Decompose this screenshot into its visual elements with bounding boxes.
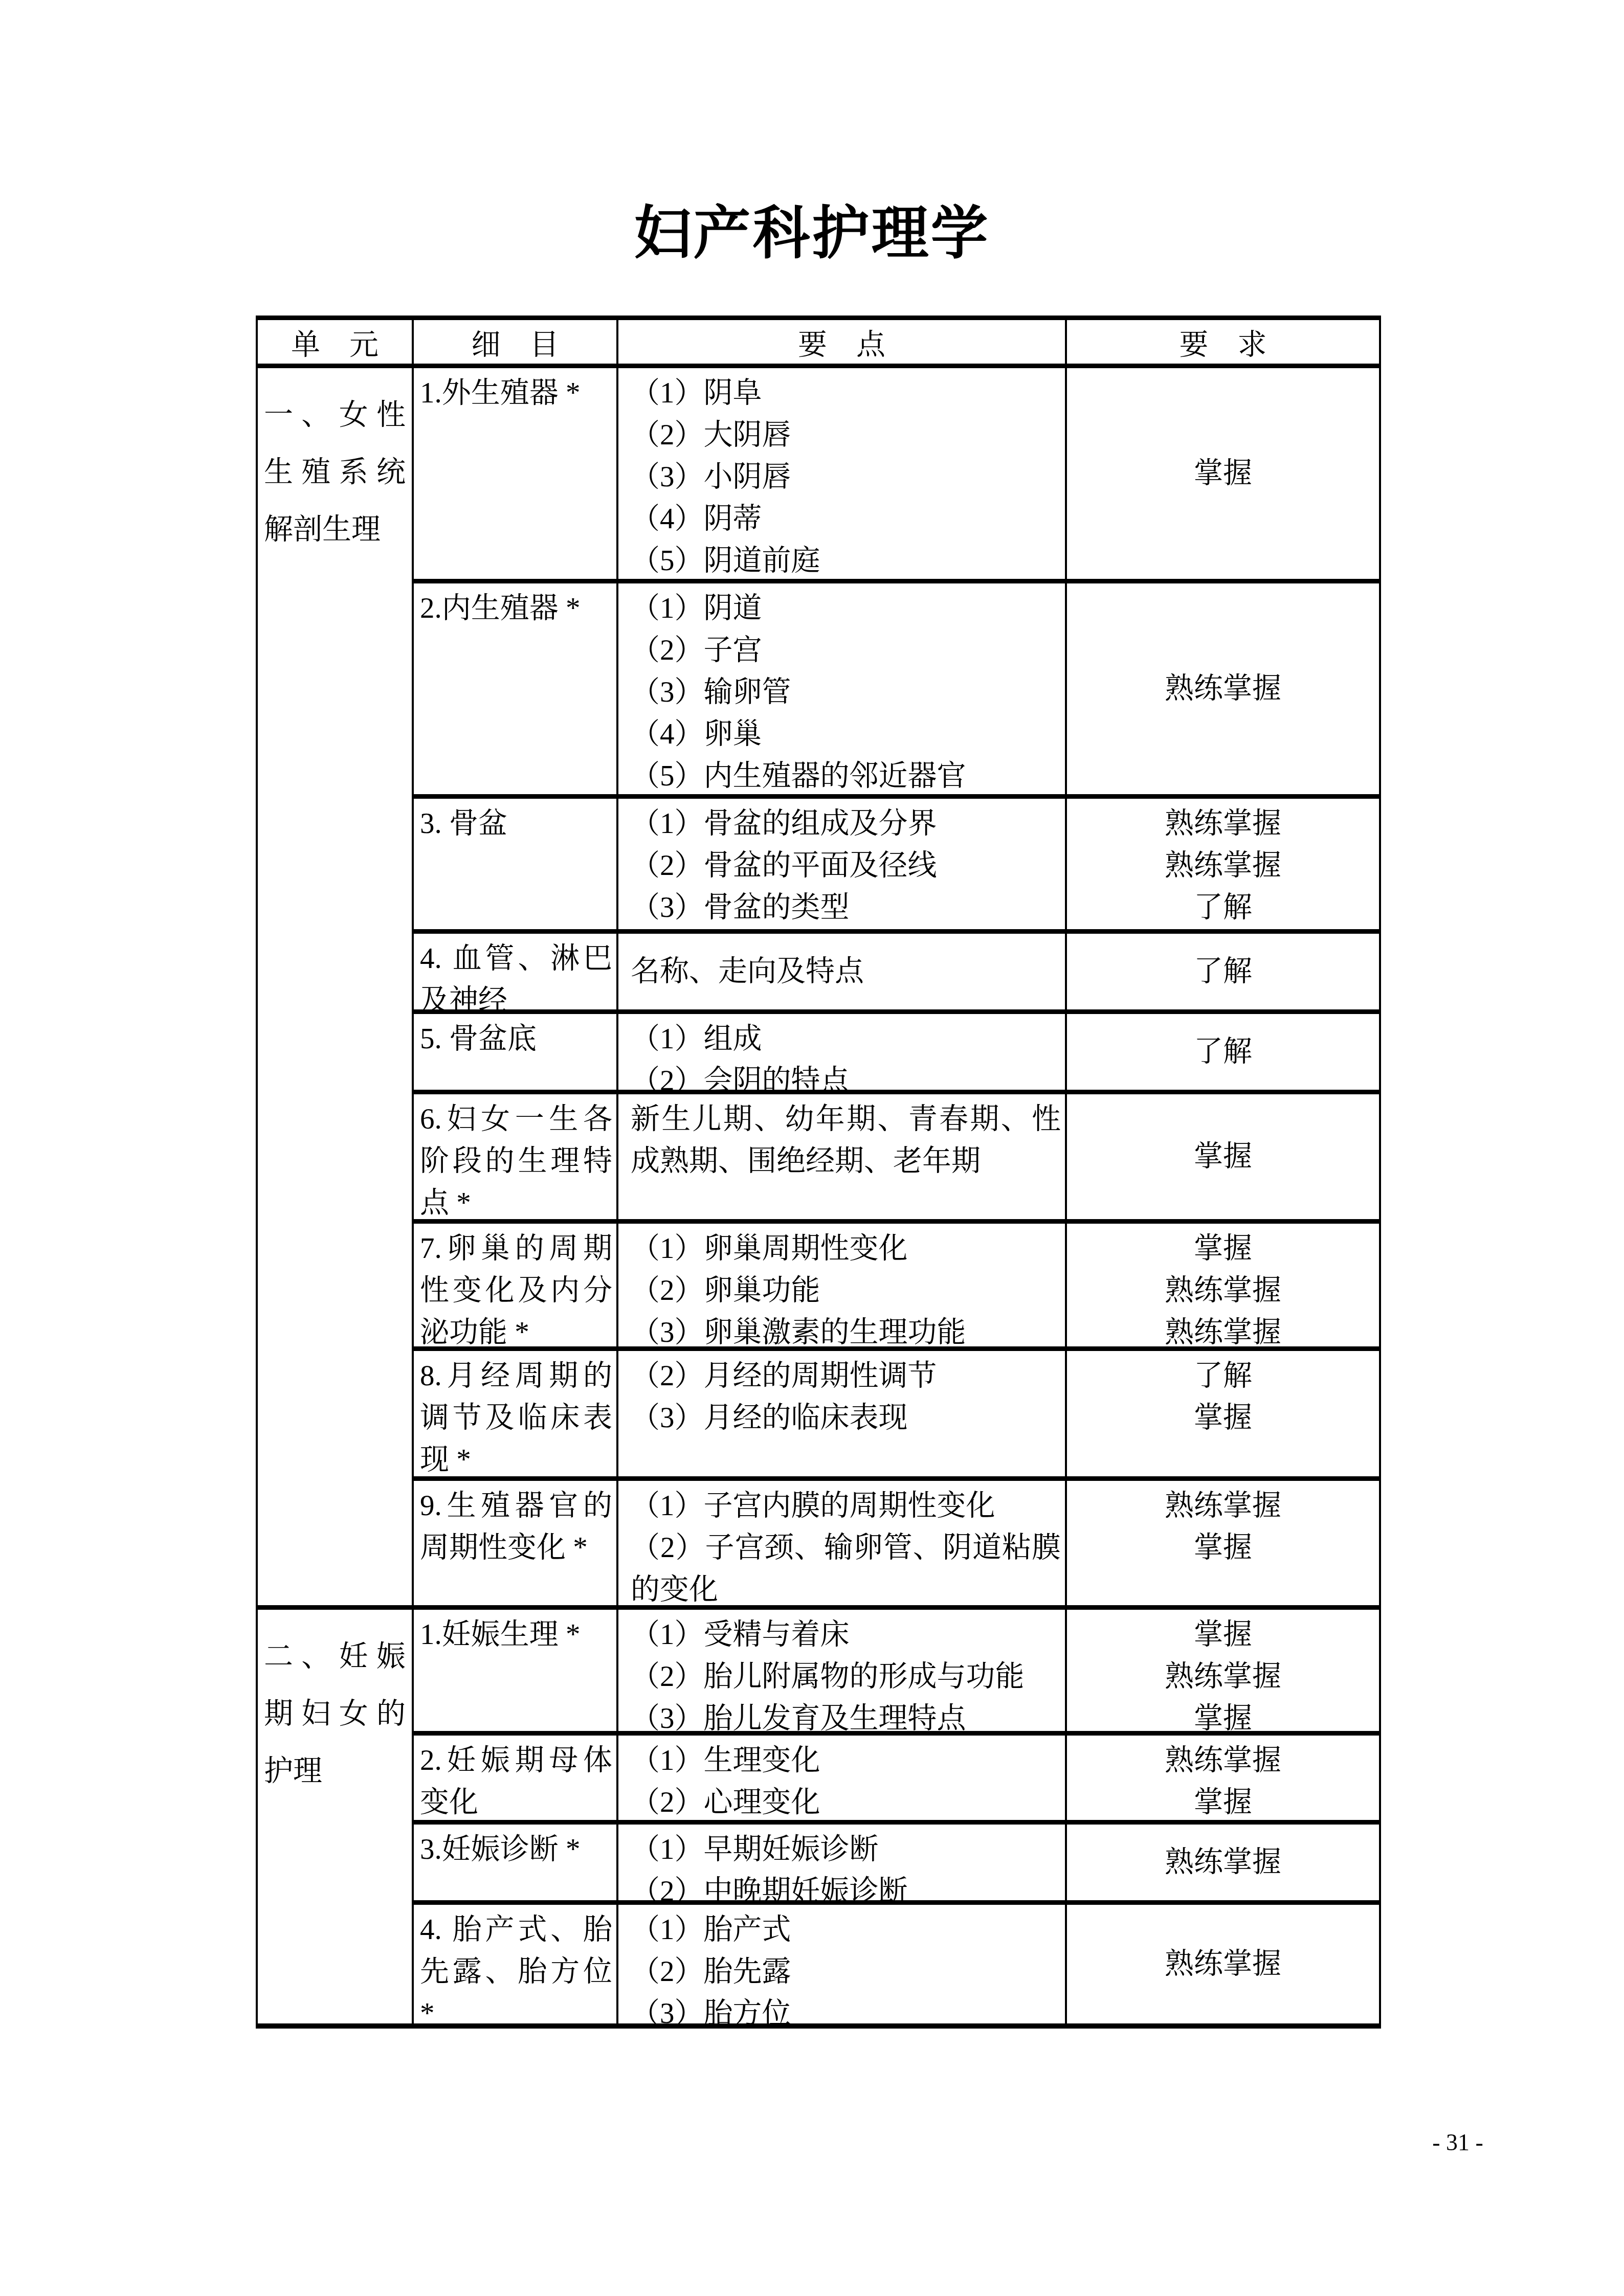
requirement-value: 掌握 (1194, 453, 1252, 494)
point-item: （1）早期妊娠诊断 (631, 1829, 1061, 1871)
detail-cell: 8.月经周期的调节及临床表现 * (414, 1351, 618, 1476)
table-row: 2.内生殖器 * （1）阴道 （2）子宫 （3）输卵管 （4）卵巢 （5）内生殖… (414, 579, 1379, 794)
requirement-value: 掌握 (1067, 1228, 1379, 1270)
requirement-cell: 熟练掌握 熟练掌握 了解 (1067, 799, 1379, 929)
column-header-requirement: 要 求 (1067, 320, 1379, 364)
point-item: （3）骨盆的类型 (631, 887, 1061, 929)
requirement-value: 了解 (1067, 887, 1379, 929)
detail-cell: 3. 骨盆 (414, 799, 618, 929)
table-row: 4. 胎产式、胎先露、胎方位 * （1）胎产式 （2）胎先露 （3）胎方位 熟练… (414, 1900, 1379, 2023)
unit-cell: 一、女性生殖系统解剖生理 (258, 368, 414, 1605)
requirement-value: 熟练掌握 (1165, 668, 1281, 710)
points-cell: （1）生理变化 （2）心理变化 (618, 1736, 1067, 1820)
point-item: （2）会阴的特点 (631, 1060, 1061, 1090)
requirement-cell: 熟练掌握 掌握 (1067, 1736, 1379, 1820)
requirement-cell: 熟练掌握 掌握 (1067, 1481, 1379, 1605)
requirement-value: 熟练掌握 (1067, 845, 1379, 887)
requirement-value: 熟练掌握 (1067, 1656, 1379, 1698)
requirement-cell: 了解 (1067, 934, 1379, 1009)
requirement-value: 了解 (1067, 1355, 1379, 1397)
point-item: 新生儿期、幼年期、青春期、性成熟期、围绝经期、老年期 (631, 1098, 1061, 1182)
point-item: （2）大阴唇 (631, 414, 1061, 456)
section-rows: 1.妊娠生理 * （1）受精与着床 （2）胎儿附属物的形成与功能 （3）胎儿发育… (414, 1610, 1379, 2023)
points-cell: （1）胎产式 （2）胎先露 （3）胎方位 (618, 1905, 1067, 2023)
table-row: 3.妊娠诊断 * （1）早期妊娠诊断 （2）中晚期妊娠诊断 熟练掌握 (414, 1820, 1379, 1900)
point-item: 名称、走向及特点 (631, 951, 864, 993)
points-cell: （1）阴道 （2）子宫 （3）输卵管 （4）卵巢 （5）内生殖器的邻近器官 (618, 583, 1067, 794)
requirement-value: 熟练掌握 (1067, 1740, 1379, 1782)
requirement-value: 掌握 (1067, 1614, 1379, 1656)
table-section: 二、妊娠期妇女的护理 1.妊娠生理 * （1）受精与着床 （2）胎儿附属物的形成… (258, 1605, 1379, 2023)
points-cell: 名称、走向及特点 (618, 934, 1067, 1009)
page-title: 妇产科护理学 (0, 200, 1624, 267)
table-row: 1.妊娠生理 * （1）受精与着床 （2）胎儿附属物的形成与功能 （3）胎儿发育… (414, 1610, 1379, 1731)
requirement-value: 熟练掌握 (1067, 1485, 1379, 1527)
detail-cell: 2.妊娠期母体变化 (414, 1736, 618, 1820)
table-header-row: 单 元 细 目 要 点 要 求 (258, 320, 1379, 368)
point-item: （1）组成 (631, 1018, 1061, 1060)
point-item: （3）胎儿发育及生理特点 (631, 1698, 1061, 1731)
table-row: 4. 血管、淋巴及神经 名称、走向及特点 了解 (414, 929, 1379, 1009)
point-item: （1）骨盆的组成及分界 (631, 803, 1061, 845)
point-item: （1）阴道 (631, 588, 1061, 629)
point-item: （1）受精与着床 (631, 1614, 1061, 1656)
point-item: （2）心理变化 (631, 1782, 1061, 1820)
point-item: （1）生理变化 (631, 1740, 1061, 1782)
detail-cell: 2.内生殖器 * (414, 583, 618, 794)
point-item: （2）胎儿附属物的形成与功能 (631, 1656, 1061, 1698)
requirement-cell: 熟练掌握 (1067, 1905, 1379, 2023)
detail-cell: 1.外生殖器 * (414, 368, 618, 579)
requirement-value: 了解 (1194, 951, 1252, 993)
table-row: 9.生殖器官的周期性变化 * （1）子宫内膜的周期性变化 （2）子宫颈、输卵管、… (414, 1476, 1379, 1605)
detail-cell: 6.妇女一生各阶段的生理特点 * (414, 1094, 618, 1219)
point-item: （2）月经的周期性调节 (631, 1355, 1061, 1397)
detail-cell: 5. 骨盆底 (414, 1014, 618, 1090)
requirement-cell: 熟练掌握 (1067, 583, 1379, 794)
requirement-cell: 掌握 熟练掌握 熟练掌握 (1067, 1224, 1379, 1346)
requirement-value: 熟练掌握 (1067, 1312, 1379, 1346)
section-rows: 1.外生殖器 * （1）阴阜 （2）大阴唇 （3）小阴唇 （4）阴蒂 （5）阴道… (414, 368, 1379, 1605)
points-cell: 新生儿期、幼年期、青春期、性成熟期、围绝经期、老年期 (618, 1094, 1067, 1219)
column-header-unit: 单 元 (258, 320, 414, 364)
table-section: 一、女性生殖系统解剖生理 1.外生殖器 * （1）阴阜 （2）大阴唇 （3）小阴… (258, 368, 1379, 1605)
column-header-detail: 细 目 (414, 320, 618, 364)
syllabus-table: 单 元 细 目 要 点 要 求 一、女性生殖系统解剖生理 1.外生殖器 * （1… (256, 316, 1381, 2029)
column-header-points: 要 点 (618, 320, 1067, 364)
requirement-value: 熟练掌握 (1165, 1943, 1281, 1985)
point-item: （1）阴阜 (631, 372, 1061, 414)
point-item: （2）骨盆的平面及径线 (631, 845, 1061, 887)
point-item: （3）输卵管 (631, 671, 1061, 713)
point-item: （1）子宫内膜的周期性变化 (631, 1485, 1061, 1527)
point-item: （2）胎先露 (631, 1951, 1061, 1993)
points-cell: （1）组成 （2）会阴的特点 (618, 1014, 1067, 1090)
detail-cell: 4. 血管、淋巴及神经 (414, 934, 618, 1009)
requirement-value: 掌握 (1067, 1397, 1379, 1439)
requirement-value: 掌握 (1067, 1698, 1379, 1731)
requirement-cell: 熟练掌握 (1067, 1825, 1379, 1900)
requirement-value: 了解 (1194, 1031, 1252, 1073)
points-cell: （1）早期妊娠诊断 （2）中晚期妊娠诊断 (618, 1825, 1067, 1900)
point-item: （3）胎方位 (631, 1993, 1061, 2023)
page-number: - 31 - (1391, 2127, 1524, 2158)
point-item: （4）阴蒂 (631, 498, 1061, 540)
point-item: （3）卵巢激素的生理功能 (631, 1312, 1061, 1346)
requirement-value: 掌握 (1067, 1527, 1379, 1569)
requirement-cell: 掌握 熟练掌握 掌握 (1067, 1610, 1379, 1731)
point-item: （3）小阴唇 (631, 456, 1061, 498)
points-cell: （1）阴阜 （2）大阴唇 （3）小阴唇 （4）阴蒂 （5）阴道前庭 (618, 368, 1067, 579)
requirement-value: 掌握 (1067, 1782, 1379, 1820)
requirement-value: 熟练掌握 (1067, 1270, 1379, 1312)
document-page: 妇产科护理学 单 元 细 目 要 点 要 求 一、女性生殖系统解剖生理 1.外生… (0, 0, 1624, 2296)
table-row: 6.妇女一生各阶段的生理特点 * 新生儿期、幼年期、青春期、性成熟期、围绝经期、… (414, 1090, 1379, 1219)
table-row: 7.卵巢的周期性变化及内分泌功能 * （1）卵巢周期性变化 （2）卵巢功能 （3… (414, 1219, 1379, 1346)
requirement-cell: 掌握 (1067, 1094, 1379, 1219)
points-cell: （1）卵巢周期性变化 （2）卵巢功能 （3）卵巢激素的生理功能 (618, 1224, 1067, 1346)
point-item: （3）月经的临床表现 (631, 1397, 1061, 1439)
table-row: 8.月经周期的调节及临床表现 * （2）月经的周期性调节 （3）月经的临床表现 … (414, 1346, 1379, 1476)
requirement-cell: 了解 掌握 (1067, 1351, 1379, 1476)
detail-cell: 4. 胎产式、胎先露、胎方位 * (414, 1905, 618, 2023)
table-row: 1.外生殖器 * （1）阴阜 （2）大阴唇 （3）小阴唇 （4）阴蒂 （5）阴道… (414, 368, 1379, 579)
table-row: 5. 骨盆底 （1）组成 （2）会阴的特点 了解 (414, 1009, 1379, 1090)
point-item: （2）子宫颈、输卵管、阴道粘膜的变化 (631, 1527, 1061, 1605)
point-item: （1）卵巢周期性变化 (631, 1228, 1061, 1270)
detail-cell: 7.卵巢的周期性变化及内分泌功能 * (414, 1224, 618, 1346)
requirement-cell: 掌握 (1067, 368, 1379, 579)
points-cell: （1）骨盆的组成及分界 （2）骨盆的平面及径线 （3）骨盆的类型 (618, 799, 1067, 929)
point-item: （2）中晚期妊娠诊断 (631, 1871, 1061, 1900)
detail-cell: 9.生殖器官的周期性变化 * (414, 1481, 618, 1605)
point-item: （5）阴道前庭 (631, 540, 1061, 579)
requirement-value: 熟练掌握 (1165, 1841, 1281, 1883)
detail-cell: 1.妊娠生理 * (414, 1610, 618, 1731)
points-cell: （1）受精与着床 （2）胎儿附属物的形成与功能 （3）胎儿发育及生理特点 (618, 1610, 1067, 1731)
point-item: （2）子宫 (631, 629, 1061, 671)
requirement-cell: 了解 (1067, 1014, 1379, 1090)
requirement-value: 掌握 (1194, 1136, 1252, 1178)
detail-cell: 3.妊娠诊断 * (414, 1825, 618, 1900)
table-row: 3. 骨盆 （1）骨盆的组成及分界 （2）骨盆的平面及径线 （3）骨盆的类型 熟… (414, 794, 1379, 929)
point-item: （1）胎产式 (631, 1909, 1061, 1951)
point-item: （5）内生殖器的邻近器官 (631, 755, 1061, 794)
points-cell: （1）子宫内膜的周期性变化 （2）子宫颈、输卵管、阴道粘膜的变化 (618, 1481, 1067, 1605)
point-item: （2）卵巢功能 (631, 1270, 1061, 1312)
table-row: 2.妊娠期母体变化 （1）生理变化 （2）心理变化 熟练掌握 掌握 (414, 1731, 1379, 1820)
unit-cell: 二、妊娠期妇女的护理 (258, 1610, 414, 2023)
point-item: （4）卵巢 (631, 713, 1061, 755)
requirement-value: 熟练掌握 (1067, 803, 1379, 845)
points-cell: （2）月经的周期性调节 （3）月经的临床表现 (618, 1351, 1067, 1476)
